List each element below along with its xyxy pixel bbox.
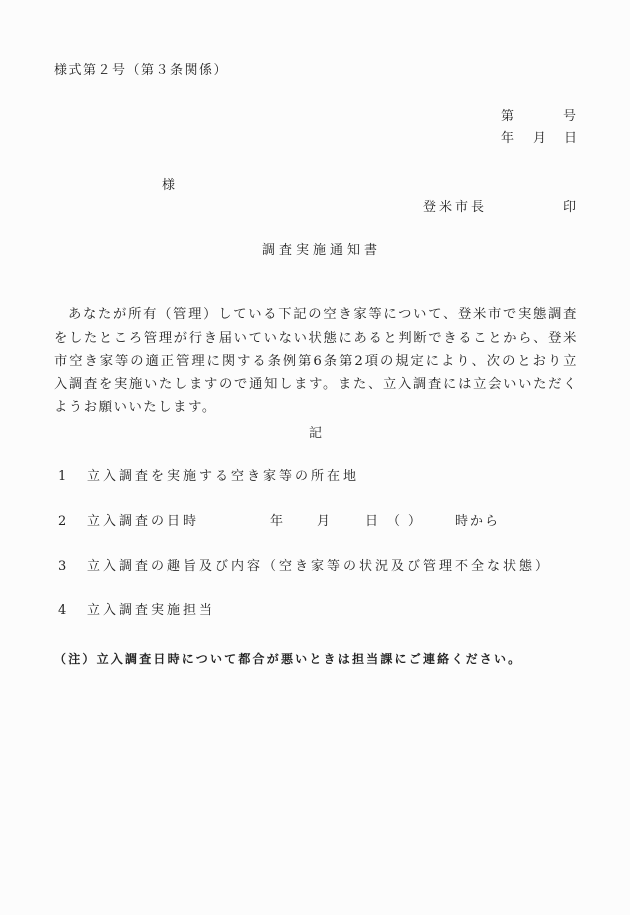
seal-mark: 印 xyxy=(563,201,576,214)
form-label: 様式第２号（第３条関係） xyxy=(54,64,228,77)
body-paragraph: あなたが所有（管理）している下記の空き家等について、登米市で実態調査をしたところ… xyxy=(54,303,578,419)
doc-number-suffix: 号 xyxy=(563,110,576,123)
item-label: 立入調査の日時 xyxy=(87,515,199,528)
schedule-hour-label: 時から xyxy=(455,515,500,528)
date-month-label: 月 xyxy=(533,132,546,145)
item-number: 1 xyxy=(58,470,66,483)
date-day-label: 日 xyxy=(564,132,577,145)
item-label: 立入調査を実施する空き家等の所在地 xyxy=(87,470,359,483)
document-title: 調査実施通知書 xyxy=(262,244,381,257)
schedule-month-label: 月 xyxy=(317,515,330,528)
item-number: 4 xyxy=(58,604,66,617)
recipient-honorific: 様 xyxy=(162,179,175,192)
ki-heading: 記 xyxy=(309,427,322,440)
date-year-label: 年 xyxy=(501,132,514,145)
schedule-year-label: 年 xyxy=(270,515,283,528)
sender-name: 登米市長 xyxy=(423,201,487,214)
weekday-paren-open: （ xyxy=(387,515,400,528)
item-number: 3 xyxy=(58,560,66,573)
item-number: 2 xyxy=(58,515,66,528)
item-label: 立入調査実施担当 xyxy=(87,604,215,617)
weekday-paren-close: ） xyxy=(408,515,421,528)
item-label: 立入調査の趣旨及び内容（空き家等の状況及び管理不全な状態） xyxy=(87,560,551,573)
schedule-day-label: 日 xyxy=(365,515,378,528)
doc-number-prefix: 第 xyxy=(501,110,514,123)
note-text: （注）立入調査日時について都合が悪いときは担当課にご連絡ください。 xyxy=(54,653,522,665)
